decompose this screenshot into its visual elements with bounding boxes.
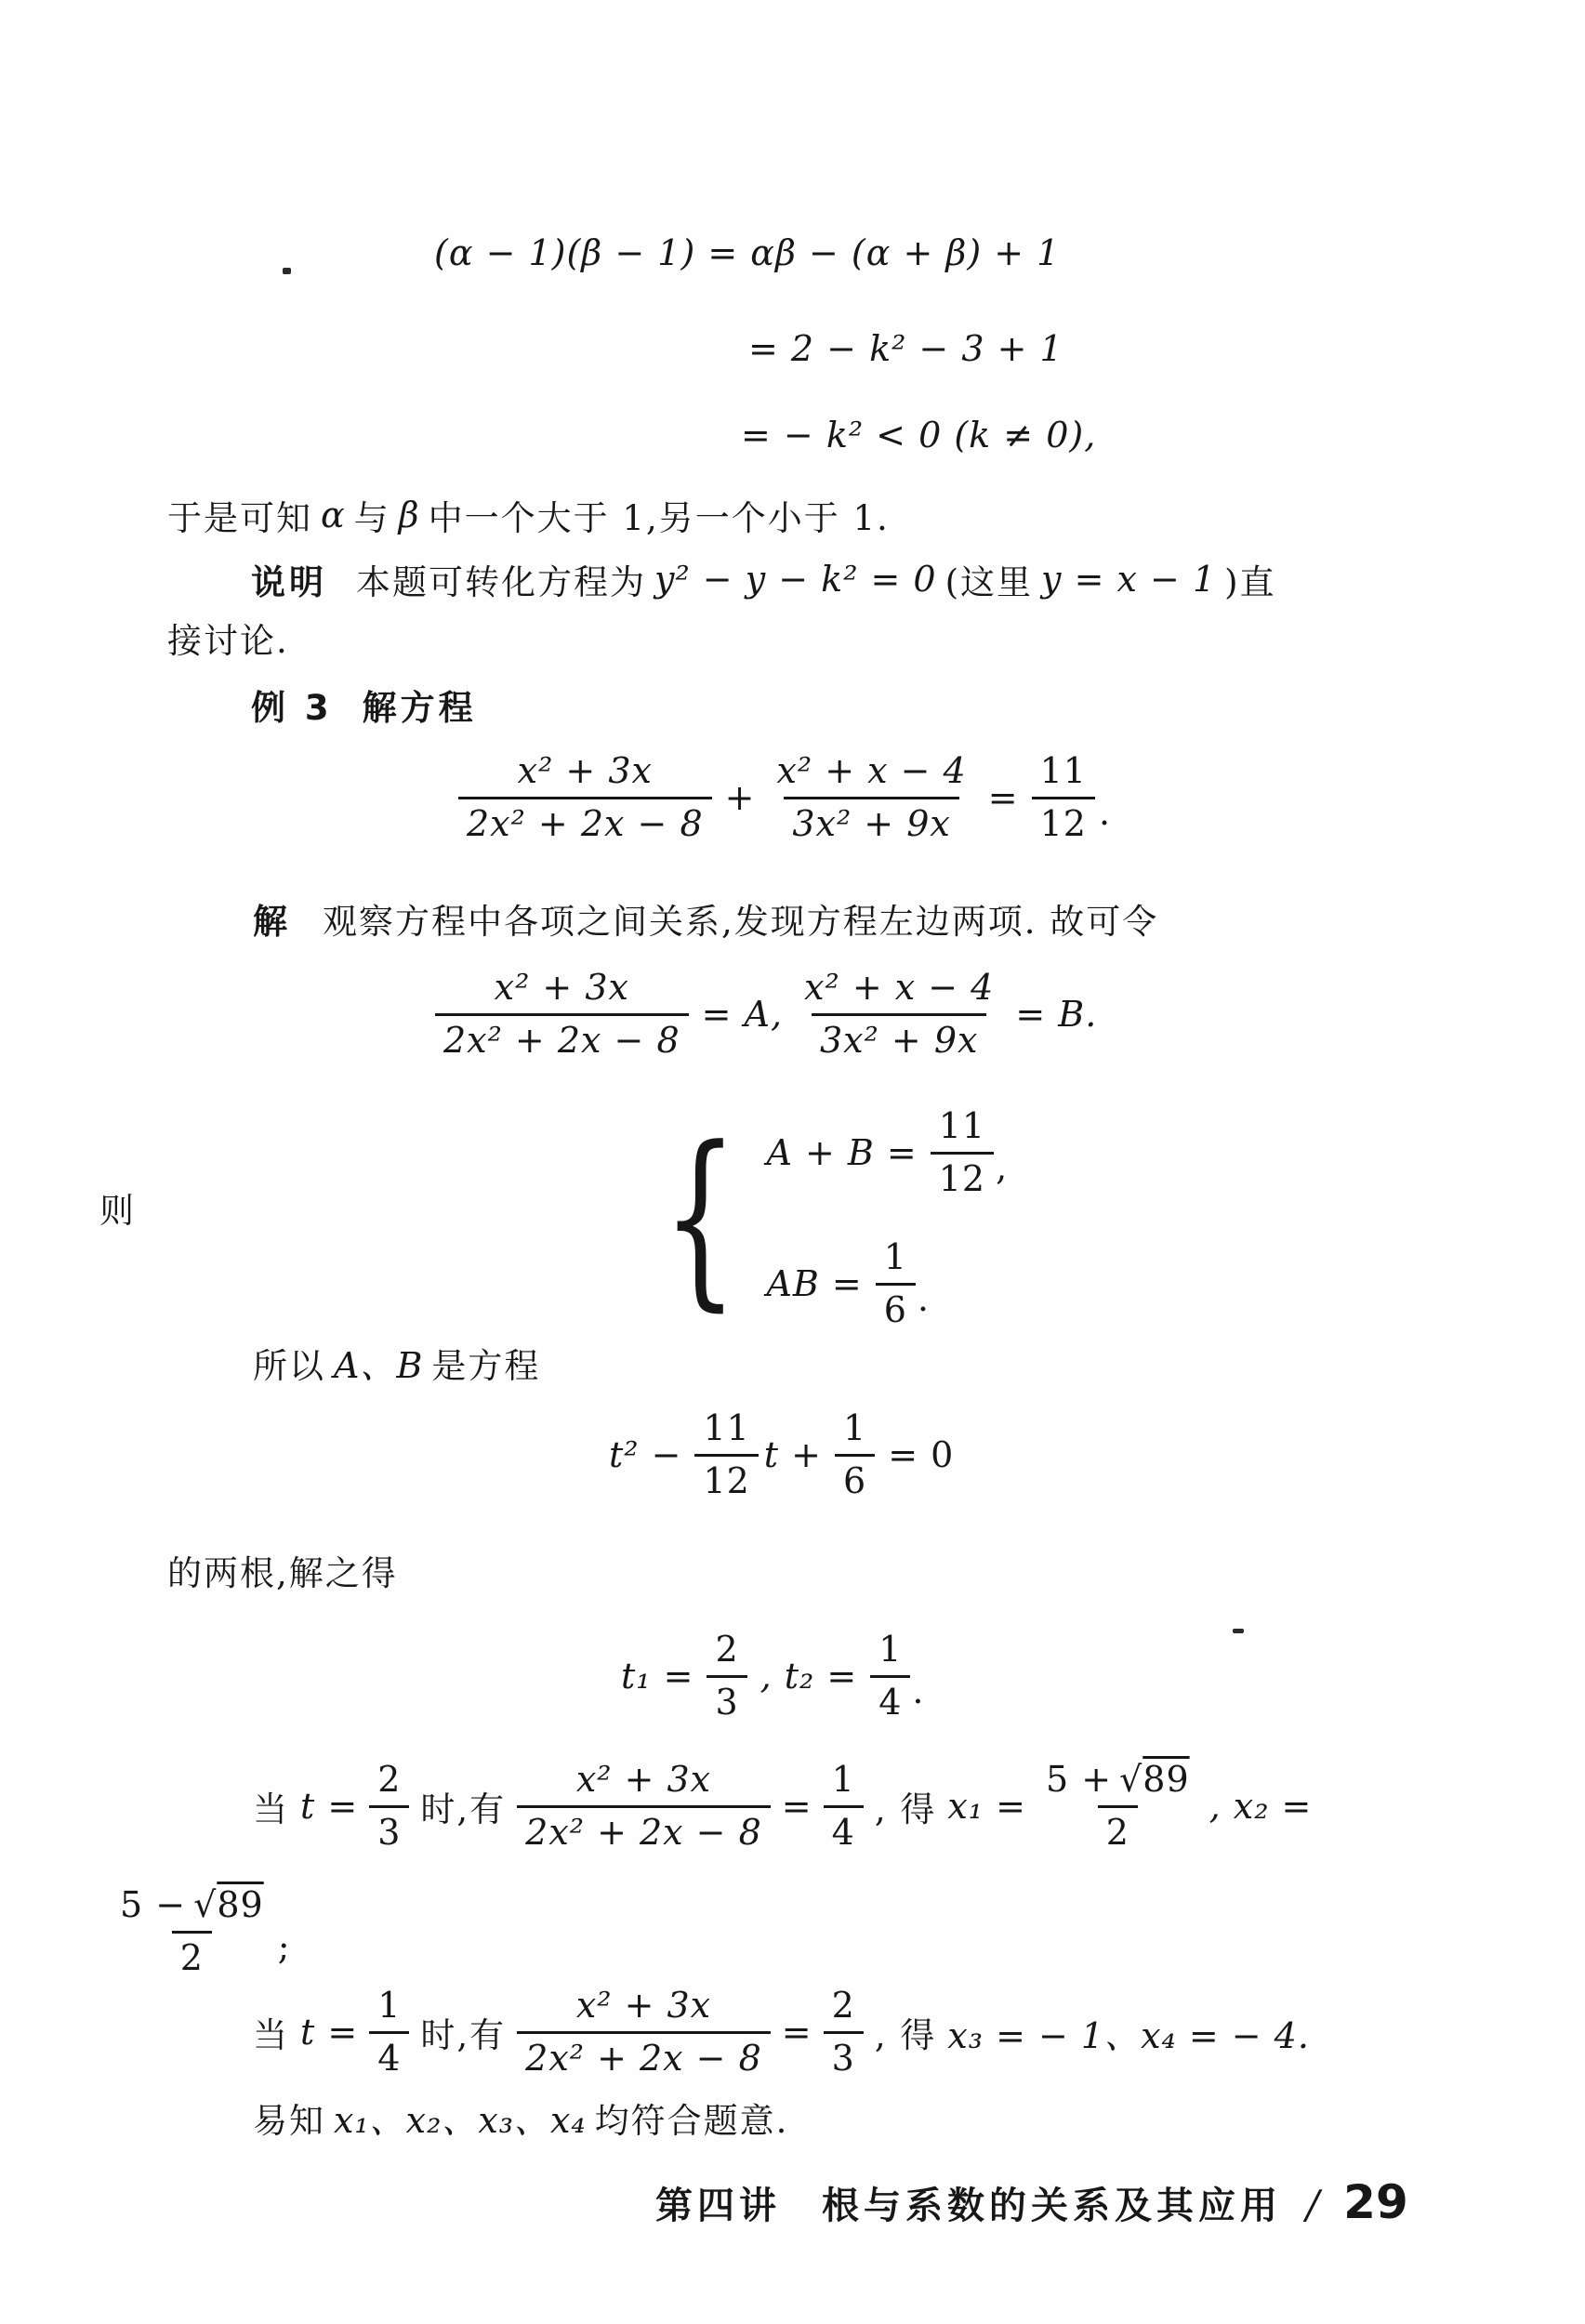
system-row-1: A + B = 11 12 ,: [766, 1108, 1008, 1198]
fraction-denominator: 3x² + 9x: [784, 797, 958, 843]
text-run: 中一个大于 1,另一个小于 1.: [429, 490, 890, 540]
semicolon: ;: [278, 1926, 291, 1967]
text-run: 本题可转化方程为: [356, 554, 646, 604]
text-run: 是方程: [431, 1338, 540, 1388]
text-run: )直: [1224, 554, 1275, 604]
equals-sign: =: [782, 2012, 812, 2053]
quadratic-equation: t² − 11 12 t + 1 6 = 0: [609, 1410, 954, 1500]
example-title: 解方程: [363, 680, 477, 730]
fraction-denominator: 2x² + 2x − 8: [517, 2031, 771, 2078]
fraction-numerator: x² + x − 4: [768, 753, 974, 797]
document-page: (α − 1)(β − 1) = αβ − (α + β) + 1 = 2 − …: [0, 0, 1585, 2324]
fraction-numerator: 11: [1032, 753, 1095, 797]
fraction: x² + 3x 2x² + 2x − 8: [517, 1762, 771, 1852]
fraction-numerator: 1: [824, 1762, 864, 1805]
radicand: 89: [1143, 1762, 1189, 1799]
fraction: 2 3: [707, 1631, 746, 1722]
main-equation: x² + 3x 2x² + 2x − 8 + x² + x − 4 3x² + …: [458, 753, 1111, 843]
fraction: 11 12: [1032, 753, 1095, 843]
fraction-denominator: 12: [931, 1152, 994, 1198]
fraction: x² + 3x 2x² + 2x − 8: [435, 970, 689, 1060]
fraction-denominator: 4: [824, 1805, 864, 1852]
paragraph-solution: 解 观察方程中各项之间关系,发现方程左边两项. 故可令: [253, 893, 1158, 944]
footer-page-number: 29: [1343, 2175, 1408, 2229]
fraction-numerator: x² + 3x: [568, 1987, 720, 2031]
math-run: y² − y − k² = 0: [654, 559, 937, 600]
system-row-2: AB = 1 6 .: [766, 1239, 1008, 1329]
equals-A: = A,: [702, 994, 783, 1035]
math-run: t =: [300, 1786, 358, 1827]
math-run: t =: [300, 2012, 358, 2053]
fraction-numerator: 5 − √89: [112, 1887, 272, 1931]
text-run: 于是可知: [167, 490, 312, 540]
equals-sign: =: [782, 1786, 812, 1827]
fraction-denominator: 2x² + 2x − 8: [435, 1013, 689, 1060]
fraction-denominator: 3x² + 9x: [812, 1013, 986, 1060]
note-label: 说明: [251, 554, 327, 604]
radical-prefix: 5 +: [1046, 1762, 1112, 1799]
fraction-denominator: 3: [707, 1675, 746, 1722]
system-brace: {: [663, 1128, 738, 1309]
fraction-numerator: x² + 3x: [486, 970, 638, 1013]
fraction-numerator: 1: [876, 1239, 916, 1283]
t1-lhs: t₁ =: [621, 1656, 693, 1697]
fraction-numerator: 2: [369, 1762, 409, 1805]
fraction: 1 6: [835, 1410, 875, 1500]
case2-result: x₃ = − 1、x₄ = − 4.: [947, 2007, 1310, 2058]
math-run: β: [399, 495, 420, 535]
derivation-line-3: = − k² < 0 (k ≠ 0),: [741, 415, 1096, 456]
then-label: 则: [99, 1182, 136, 1233]
example-label: 例 3: [251, 680, 333, 730]
fraction: x² + x − 4 3x² + 9x: [796, 970, 1002, 1060]
math-run: α: [321, 495, 346, 535]
fraction: x² + 3x 2x² + 2x − 8: [517, 1987, 771, 2078]
lhs: AB =: [766, 1263, 862, 1304]
text-run: 当: [253, 1781, 289, 1831]
fraction-denominator: 2: [1098, 1805, 1138, 1852]
footer-separator: /: [1306, 2182, 1319, 2227]
fraction-denominator: 6: [876, 1283, 916, 1329]
fraction-numerator: 1: [369, 1987, 409, 2031]
period: .: [1099, 792, 1111, 833]
radical-fraction: 5 − √89 2: [112, 1887, 272, 1977]
fraction: 1 4: [369, 1987, 409, 2078]
fraction-denominator: 2x² + 2x − 8: [517, 1805, 771, 1852]
x1-lhs: x₁ =: [947, 1786, 1026, 1827]
fraction-denominator: 2x² + 2x − 8: [458, 797, 712, 843]
system-rows: A + B = 11 12 , AB = 1 6 .: [766, 1108, 1008, 1329]
radical-fraction: 5 + √89 2: [1037, 1762, 1198, 1852]
final-line: 易知 x₁、x₂、x₃、x₄ 均符合题意.: [253, 2092, 788, 2143]
scan-artifact-dot: [1233, 1629, 1244, 1633]
radical-group: √89: [1119, 1762, 1190, 1799]
substitution-equation: x² + 3x 2x² + 2x − 8 = A, x² + x − 4 3x²…: [435, 970, 1097, 1060]
case1-line: 当 t = 2 3 时,有 x² + 3x 2x² + 2x − 8 = 1 4…: [253, 1762, 1312, 1852]
fraction-denominator: 4: [870, 1675, 910, 1722]
paragraph-so: 所以 A、B 是方程: [253, 1337, 540, 1388]
tail-term: = 0: [888, 1434, 954, 1475]
fraction: 1 4: [824, 1762, 864, 1852]
fraction-denominator: 2: [172, 1931, 212, 1977]
fraction: 11 12: [694, 1410, 758, 1500]
text-run: 观察方程中各项之间关系,发现方程左边两项. 故可令: [323, 893, 1158, 944]
text-run: 易知: [253, 2093, 325, 2143]
fraction-numerator: x² + x − 4: [796, 970, 1002, 1013]
comma: ,: [996, 1147, 1008, 1188]
text-run: , 得: [875, 2007, 937, 2057]
text-run: , 得: [875, 1781, 937, 1831]
mid-term: t +: [764, 1434, 822, 1475]
fraction-numerator: 11: [694, 1410, 758, 1454]
roots-line: t₁ = 2 3 , t₂ = 1 4 .: [621, 1631, 925, 1722]
t2-lhs: , t₂ =: [760, 1656, 858, 1697]
fraction-denominator: 4: [369, 2031, 409, 2078]
paragraph-note-continuation: 接讨论.: [167, 613, 289, 663]
radical-group: √89: [193, 1887, 264, 1924]
fraction-denominator: 12: [1032, 797, 1095, 843]
radicand: 89: [217, 1887, 263, 1924]
text-run: 当: [253, 2007, 289, 2057]
fraction: 2 3: [824, 1987, 864, 2078]
radical-prefix: 5 −: [120, 1887, 186, 1924]
scan-artifact-dot: [283, 268, 291, 274]
equation-system: { A + B = 11 12 , AB = 1 6 .: [640, 1108, 1008, 1329]
equals-B: = B.: [1015, 994, 1097, 1035]
sqrt-symbol: √: [1119, 1762, 1143, 1799]
sqrt-symbol: √: [193, 1887, 217, 1924]
period: .: [918, 1278, 930, 1319]
text-run: 均符合题意.: [595, 2093, 789, 2143]
lhs: A + B =: [766, 1132, 917, 1173]
fraction-numerator: 11: [931, 1108, 994, 1152]
fraction-numerator: 1: [870, 1631, 910, 1675]
case1-continuation: 5 − √89 2 ;: [112, 1887, 291, 1977]
page-footer: 第四讲 根与系数的关系及其应用 / 29: [655, 2175, 1408, 2229]
fraction-denominator: 6: [835, 1454, 875, 1500]
equals-sign: =: [988, 777, 1019, 818]
math-run: A、B: [334, 1337, 423, 1388]
derivation-line-1: (α − 1)(β − 1) = αβ − (α + β) + 1: [434, 232, 1060, 273]
fraction: x² + x − 4 3x² + 9x: [768, 753, 974, 843]
paragraph-roots-intro: 的两根,解之得: [167, 1545, 398, 1595]
text-run: 时,有: [420, 2007, 506, 2057]
fraction: 1 4: [870, 1631, 910, 1722]
example-heading: 例 3 解方程: [251, 680, 477, 730]
x2-lhs: , x₂ =: [1209, 1786, 1313, 1827]
fraction-denominator: 3: [369, 1805, 409, 1852]
footer-chapter: 第四讲: [655, 2176, 781, 2229]
text-run: (这里: [945, 554, 1033, 604]
fraction: 11 12: [931, 1108, 994, 1198]
fraction-numerator: x² + 3x: [568, 1762, 720, 1805]
lead-term: t² −: [609, 1434, 681, 1475]
fraction-numerator: 2: [707, 1631, 746, 1675]
fraction-denominator: 3: [824, 2031, 864, 2078]
fraction-numerator: 2: [824, 1987, 864, 2031]
derivation-line-2: = 2 − k² − 3 + 1: [748, 328, 1063, 369]
fraction: x² + 3x 2x² + 2x − 8: [458, 753, 712, 843]
paragraph-note: 说明 本题可转化方程为 y² − y − k² = 0 (这里 y = x − …: [251, 554, 1276, 604]
fraction-numerator: x² + 3x: [509, 753, 661, 797]
fraction-numerator: 5 + √89: [1037, 1762, 1198, 1805]
text-run: 与: [354, 490, 390, 540]
paragraph-conclusion: 于是可知 α 与 β 中一个大于 1,另一个小于 1.: [167, 490, 890, 540]
solution-label: 解: [253, 893, 291, 944]
fraction: 2 3: [369, 1762, 409, 1852]
text-run: 所以: [253, 1338, 325, 1388]
text-run: 时,有: [420, 1781, 506, 1831]
math-run: x₁、x₂、x₃、x₄: [334, 2092, 587, 2143]
plus-operator: +: [725, 777, 756, 818]
fraction-numerator: 1: [835, 1410, 875, 1454]
math-run: y = x − 1: [1041, 559, 1216, 600]
period: .: [912, 1670, 924, 1711]
footer-title: 根与系数的关系及其应用: [822, 2176, 1282, 2229]
fraction-denominator: 12: [694, 1454, 758, 1500]
case2-line: 当 t = 1 4 时,有 x² + 3x 2x² + 2x − 8 = 2 3…: [253, 1987, 1310, 2078]
fraction: 1 6: [876, 1239, 916, 1329]
